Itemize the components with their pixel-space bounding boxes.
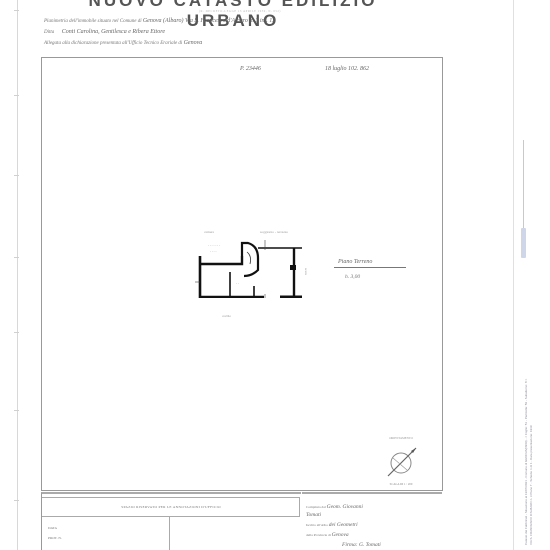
header-value: Conti Carolina, Gentilesca e Ribera Etto… (62, 29, 165, 35)
stamp-text-line-1: Catasto dei Fabbricati - Situazione al 1… (524, 379, 528, 545)
cadastral-plan-page: NUOVO CATASTO EDILIZIO URBANO (R. DECRET… (0, 0, 550, 550)
margin-tick (14, 10, 19, 11)
sign-line-province: della Provincia di Genova (306, 532, 349, 538)
sign-line-signature: Firma: G. Tomati (342, 542, 381, 548)
floor-label-underline (334, 267, 406, 268)
document-subtitle: (R. DECRETO-LEGGE 13 APRILE 1939, N. 652… (160, 9, 320, 13)
room-label-top-right: soggiorno - terrazzo (260, 230, 288, 234)
compass-title: ORIENTAMENTO (376, 436, 426, 440)
floor-plan-icon: - - - - - - - - - - - - - (192, 238, 302, 298)
floor-label: Piano Terreno (338, 259, 372, 265)
right-margin-rule (513, 0, 514, 550)
floor-plan-drawing: - - - - - - - - - - - - - camera soggior… (192, 238, 302, 298)
header-line-office: Allegata alla dichiarazione presentata a… (44, 40, 202, 46)
left-margin-rule (17, 0, 18, 550)
margin-tick (14, 410, 19, 411)
stamp-rule (523, 140, 524, 228)
margin-tick (14, 332, 19, 333)
field-protocol: PROT. N. (48, 536, 62, 540)
margin-tick (14, 500, 19, 501)
orientation-compass: ORIENTAMENTO SCALA DI 1 : 200 (376, 436, 426, 488)
field-date: DATA (48, 526, 57, 530)
margin-tick (14, 257, 19, 258)
margin-tick (14, 175, 19, 176)
header-line-owner: Ditta Conti Carolina, Gentilesca e Riber… (44, 29, 165, 35)
svg-text:- - - -: - - - - (210, 249, 217, 253)
sign-line-name: Tomati (306, 512, 321, 518)
scale-ratio: SCALA DI 1 : 200 (376, 482, 426, 486)
sign-line-compiled-by: Compilata dal Geom. Giovanni (306, 504, 363, 510)
protocol-date: 18 luglio 102. 862 (325, 66, 369, 72)
header-label: Ditta (44, 30, 54, 35)
north-arrow-icon (382, 444, 420, 482)
sign-line-registry: Iscritto all'Albo dei Geometri (306, 522, 358, 528)
stamp-badge (521, 228, 526, 258)
height-label: h. 3,00 (345, 274, 360, 280)
margin-tick (14, 95, 19, 96)
stamp-text-line-2: VIA S. FRANCESCO D'ALBARO n. 3 Piano T -… (529, 425, 533, 545)
signature-block: Compilata dal Geom. Giovanni Tomati Iscr… (302, 492, 442, 550)
office-notes-title: SPAZIO RISERVATO PER LE ANNOTAZIONI D'UF… (42, 505, 300, 509)
room-label-top-left: camera (204, 230, 214, 234)
header-value: Genova (184, 40, 203, 46)
protocol-number: P. 23446 (240, 66, 261, 72)
room-label-side: scala (304, 268, 308, 275)
office-notes-divider (169, 517, 170, 550)
svg-text:- -: - - (236, 281, 239, 285)
header-label: Planimetria dell'immobile situato nel Co… (44, 19, 142, 24)
header-label: Allegata alla dichiarazione presentata a… (44, 41, 182, 46)
side-cadastral-stamp: Catasto dei Fabbricati - Situazione al 1… (518, 140, 530, 550)
document-title: NUOVO CATASTO EDILIZIO URBANO (68, 0, 398, 31)
office-notes-box: SPAZIO RISERVATO PER LE ANNOTAZIONI D'UF… (41, 492, 301, 550)
header-line-location: Planimetria dell'immobile situato nel Co… (44, 18, 275, 24)
svg-text:- - - - - - -: - - - - - - - (208, 243, 220, 247)
office-notes-header: SPAZIO RISERVATO PER LE ANNOTAZIONI D'UF… (42, 497, 300, 517)
header-value: Genova (Albaro) Via S. Francesco d'Albar… (143, 18, 275, 24)
room-label-bottom: cortile (222, 314, 231, 318)
